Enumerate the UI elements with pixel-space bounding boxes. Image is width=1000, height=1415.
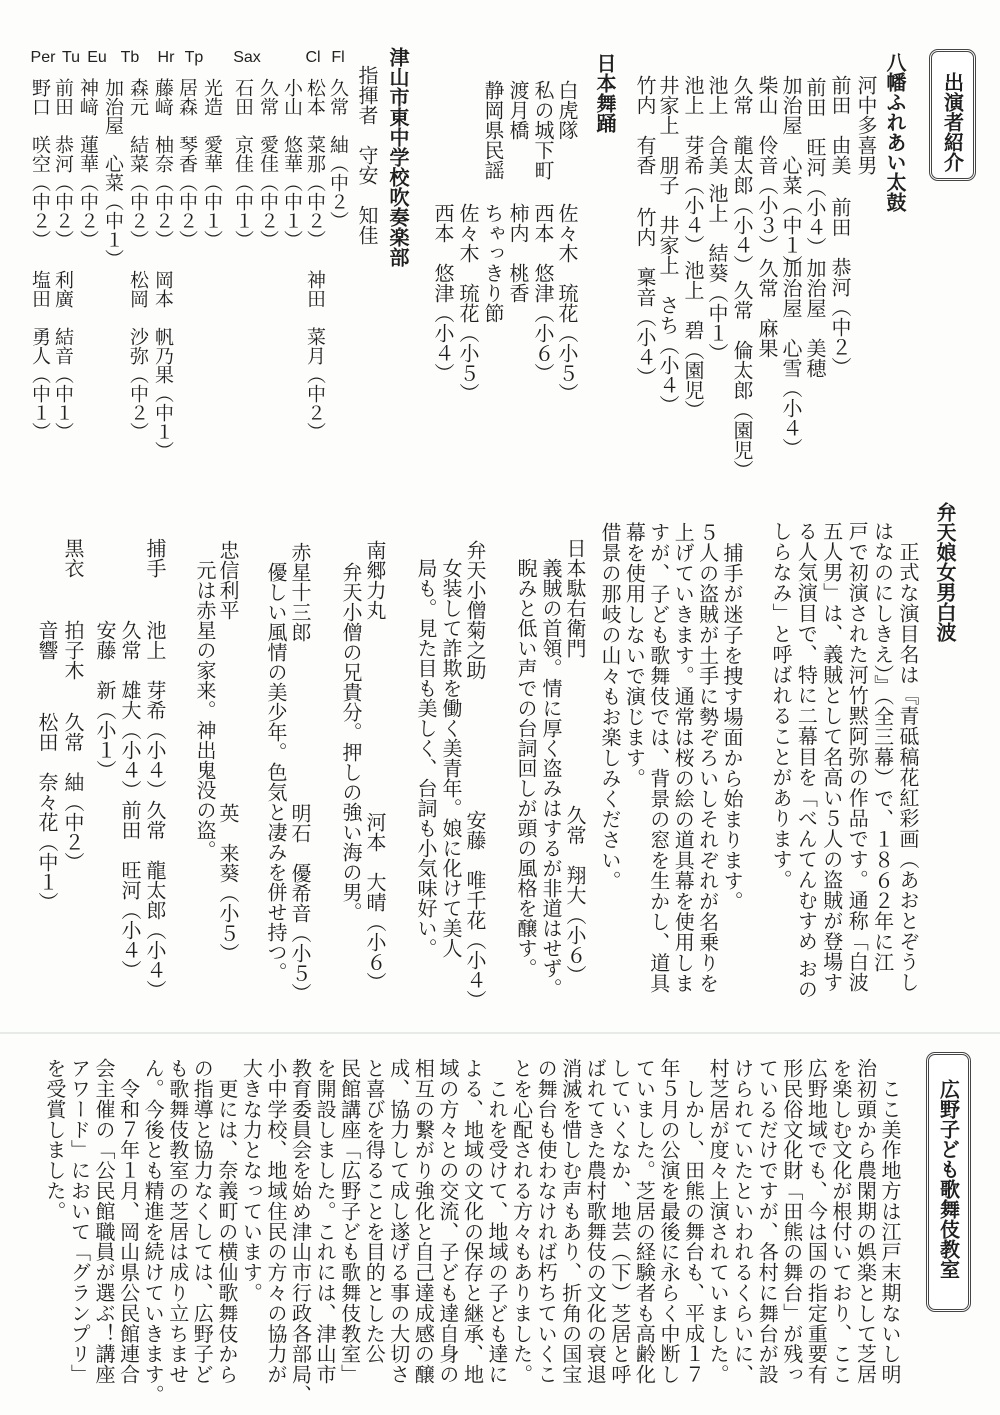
band-member: 神田 菜月（中２） [303,270,327,441]
dance-performer: 佐々木 琉花（小５） [555,203,579,403]
instrument-label-tu: Tu [56,50,86,66]
dance-performer: 柿内 桃香 [506,203,530,303]
role-actor: 久常 翔大（小６） [563,805,587,985]
play-scene-paragraph: 捕手が迷子を捜す場面から始まります。 ５人の盗賊が土手に勢ぞろいしそれぞれが名乗… [598,522,744,994]
taiko-member: 前田 恭河（中２） [828,197,852,377]
instrument-label-per: Per [28,50,58,66]
program-page: 出演者紹介 八幡ふれあい太鼓 河中多喜男 前田 由美 前田 恭河（中２） 前田 … [0,0,1000,1415]
role-name: 忠信利平 [216,540,240,620]
band-member: 岡本 帆乃果（中１） [151,270,175,460]
band-member: 前田 恭河（中２） [51,78,75,249]
taiko-member: 池上 芽希（小４） [681,75,705,255]
play-heading: 弁天娘女男白波 [933,502,957,642]
band-member: 居森 琴香（中２） [175,78,199,249]
instrument-label-sax: Sax [232,50,262,66]
taiko-member: 池上 碧（園児） [681,260,705,420]
section-divider [0,1032,1000,1034]
classroom-title-box: 広野子ども歌舞伎教室 [926,1052,971,1312]
band-member: 小山 悠華（中１） [280,78,304,249]
taiko-member: 加治屋 心雪（小４） [779,258,803,458]
band-member: 久常 愛佳（中２） [256,78,280,249]
band-member: 野口 咲空（中２） [28,78,52,249]
instrument-label-tb: Tb [115,50,145,66]
role-description: 元は赤星の家来。神出鬼没の盗。 [192,560,217,860]
instrument-label-hr: Hr [151,50,181,66]
band-member: 松岡 沙弥（中２） [126,270,150,441]
taiko-member: 井家上 朋子 [656,75,680,195]
band-member: 光造 愛華（中１） [200,78,224,249]
band-heading: 津山市東中学校吹奏楽部 [386,47,410,267]
role-actor: 英 来葵（小５） [216,803,240,963]
taiko-member: 竹内 有香 [633,75,657,175]
dance-performer: 西本 悠津（小６） [531,203,555,383]
taiko-member: 加治屋 心菜（中１） [779,75,803,275]
dance-title: 渡月橋 [506,80,530,140]
role-actor: 河本 大晴（小６） [363,812,387,992]
dance-title: 静岡県民謡 [481,80,505,180]
torite-member: 久常 龍太郎（小４） [143,800,167,1000]
role-name: 弁天小僧菊之助 [463,540,487,680]
kurogo-duty: 音響 [35,620,59,660]
taiko-member: 前田 旺河（小４） [803,77,827,257]
band-member: 神﨑 蓮華（中２） [76,78,100,249]
taiko-member: 柴山 伶音（小３） [755,75,779,255]
role-description: 優しい風情の美少年。色気と凄みを併せ持つ。 [263,562,288,982]
kurogo-name: 松田 奈々花（中１） [35,712,59,912]
taiko-member: 久常 麻果 [755,258,779,358]
dance-title: 白虎隊 [555,80,579,140]
taiko-member: 池上 結葵（中１） [705,183,729,363]
band-conductor: 指揮者 守安 知佳 [355,65,379,245]
torite-member: 久常 雄大（小４） [118,620,142,800]
band-member: 藤﨑 柚奈（中２） [151,78,175,249]
band-member: 森元 結菜（中２） [126,78,150,249]
dance-heading: 日本舞踊 [593,53,617,133]
taiko-heading: 八幡ふれあい太鼓 [883,52,907,212]
role-description: 女装して詐欺を働く美青年。娘に化けて美人 局も。見た目も美しく、台詞も小気味好い… [413,558,463,958]
classroom-body: ここ美作地方は江戸末期ないし明 治初頭から農閑期の娯楽として芝居 を楽しむ文化が… [42,1058,902,1405]
taiko-member: 池上 合美 [705,75,729,175]
taiko-member: 前田 由美 [828,75,852,175]
cast-intro-title: 出演者紹介 [941,72,965,172]
classroom-title: 広野子ども歌舞伎教室 [937,1079,961,1279]
role-actor: 安藤 唯千花（小４） [463,810,487,1010]
band-member: 加治屋 心菜（中１） [101,78,125,268]
kurogo-name: 久常 紬（中２） [61,712,85,872]
taiko-member: 河中多喜男 [854,75,878,175]
band-member: 久常 紬（中２） [326,78,350,230]
dance-performer: 佐々木 琉花（小５） [456,203,480,403]
instrument-label-cl: Cl [298,50,328,66]
instrument-label-tp: Tp [179,50,209,66]
taiko-member: 井家上 さち（小４） [656,215,680,415]
role-name: 赤星十三郎 [288,542,312,642]
kurogo-label: 黒衣 [61,538,85,578]
torite-label: 捕手 [143,538,167,578]
kurogo-duty: 拍子木 [61,620,85,680]
band-member: 塩田 勇人（中１） [28,270,52,441]
torite-member: 安藤 新（小１） [93,620,117,780]
taiko-member: 竹内 稟音（小４） [633,207,657,387]
torite-member: 池上 芽希（小４） [143,620,167,800]
dance-title: 私の城下町 [531,80,555,180]
role-name: 南郷力丸 [363,540,387,620]
band-member: 利廣 結音（中１） [51,270,75,441]
role-description: 義賊の首領。情に厚く盗みはするが非道はせず。 睨みと低い声での台詞回しが頭の風格… [513,558,563,998]
dance-performer: 西本 悠津（小４） [431,203,455,383]
taiko-member: 久常 龍太郎（小４） [730,75,754,275]
taiko-member: 久常 倫太郎（園児） [730,280,754,480]
band-member: 石田 京佳（中１） [231,78,255,249]
taiko-member: 加治屋 美穂 [803,258,827,378]
role-actor: 明石 優希音（小５） [288,803,312,1003]
dance-subtitle: ちゃっきり節 [481,203,505,323]
role-name: 日本駄右衛門 [563,538,587,658]
band-member: 松本 菜那（中２） [303,78,327,249]
torite-member: 前田 旺河（小４） [118,800,142,980]
cast-intro-title-box: 出演者紹介 [929,49,976,181]
instrument-label-eu: Eu [82,50,112,66]
role-description: 弁天小僧の兄貴分。押しの強い海の男。 [338,562,363,922]
play-intro-paragraph: 正式な演目名は『青砥稿花紅彩画（あおとぞうし はなのにしきえ）』（全三幕）で、１… [768,521,920,999]
